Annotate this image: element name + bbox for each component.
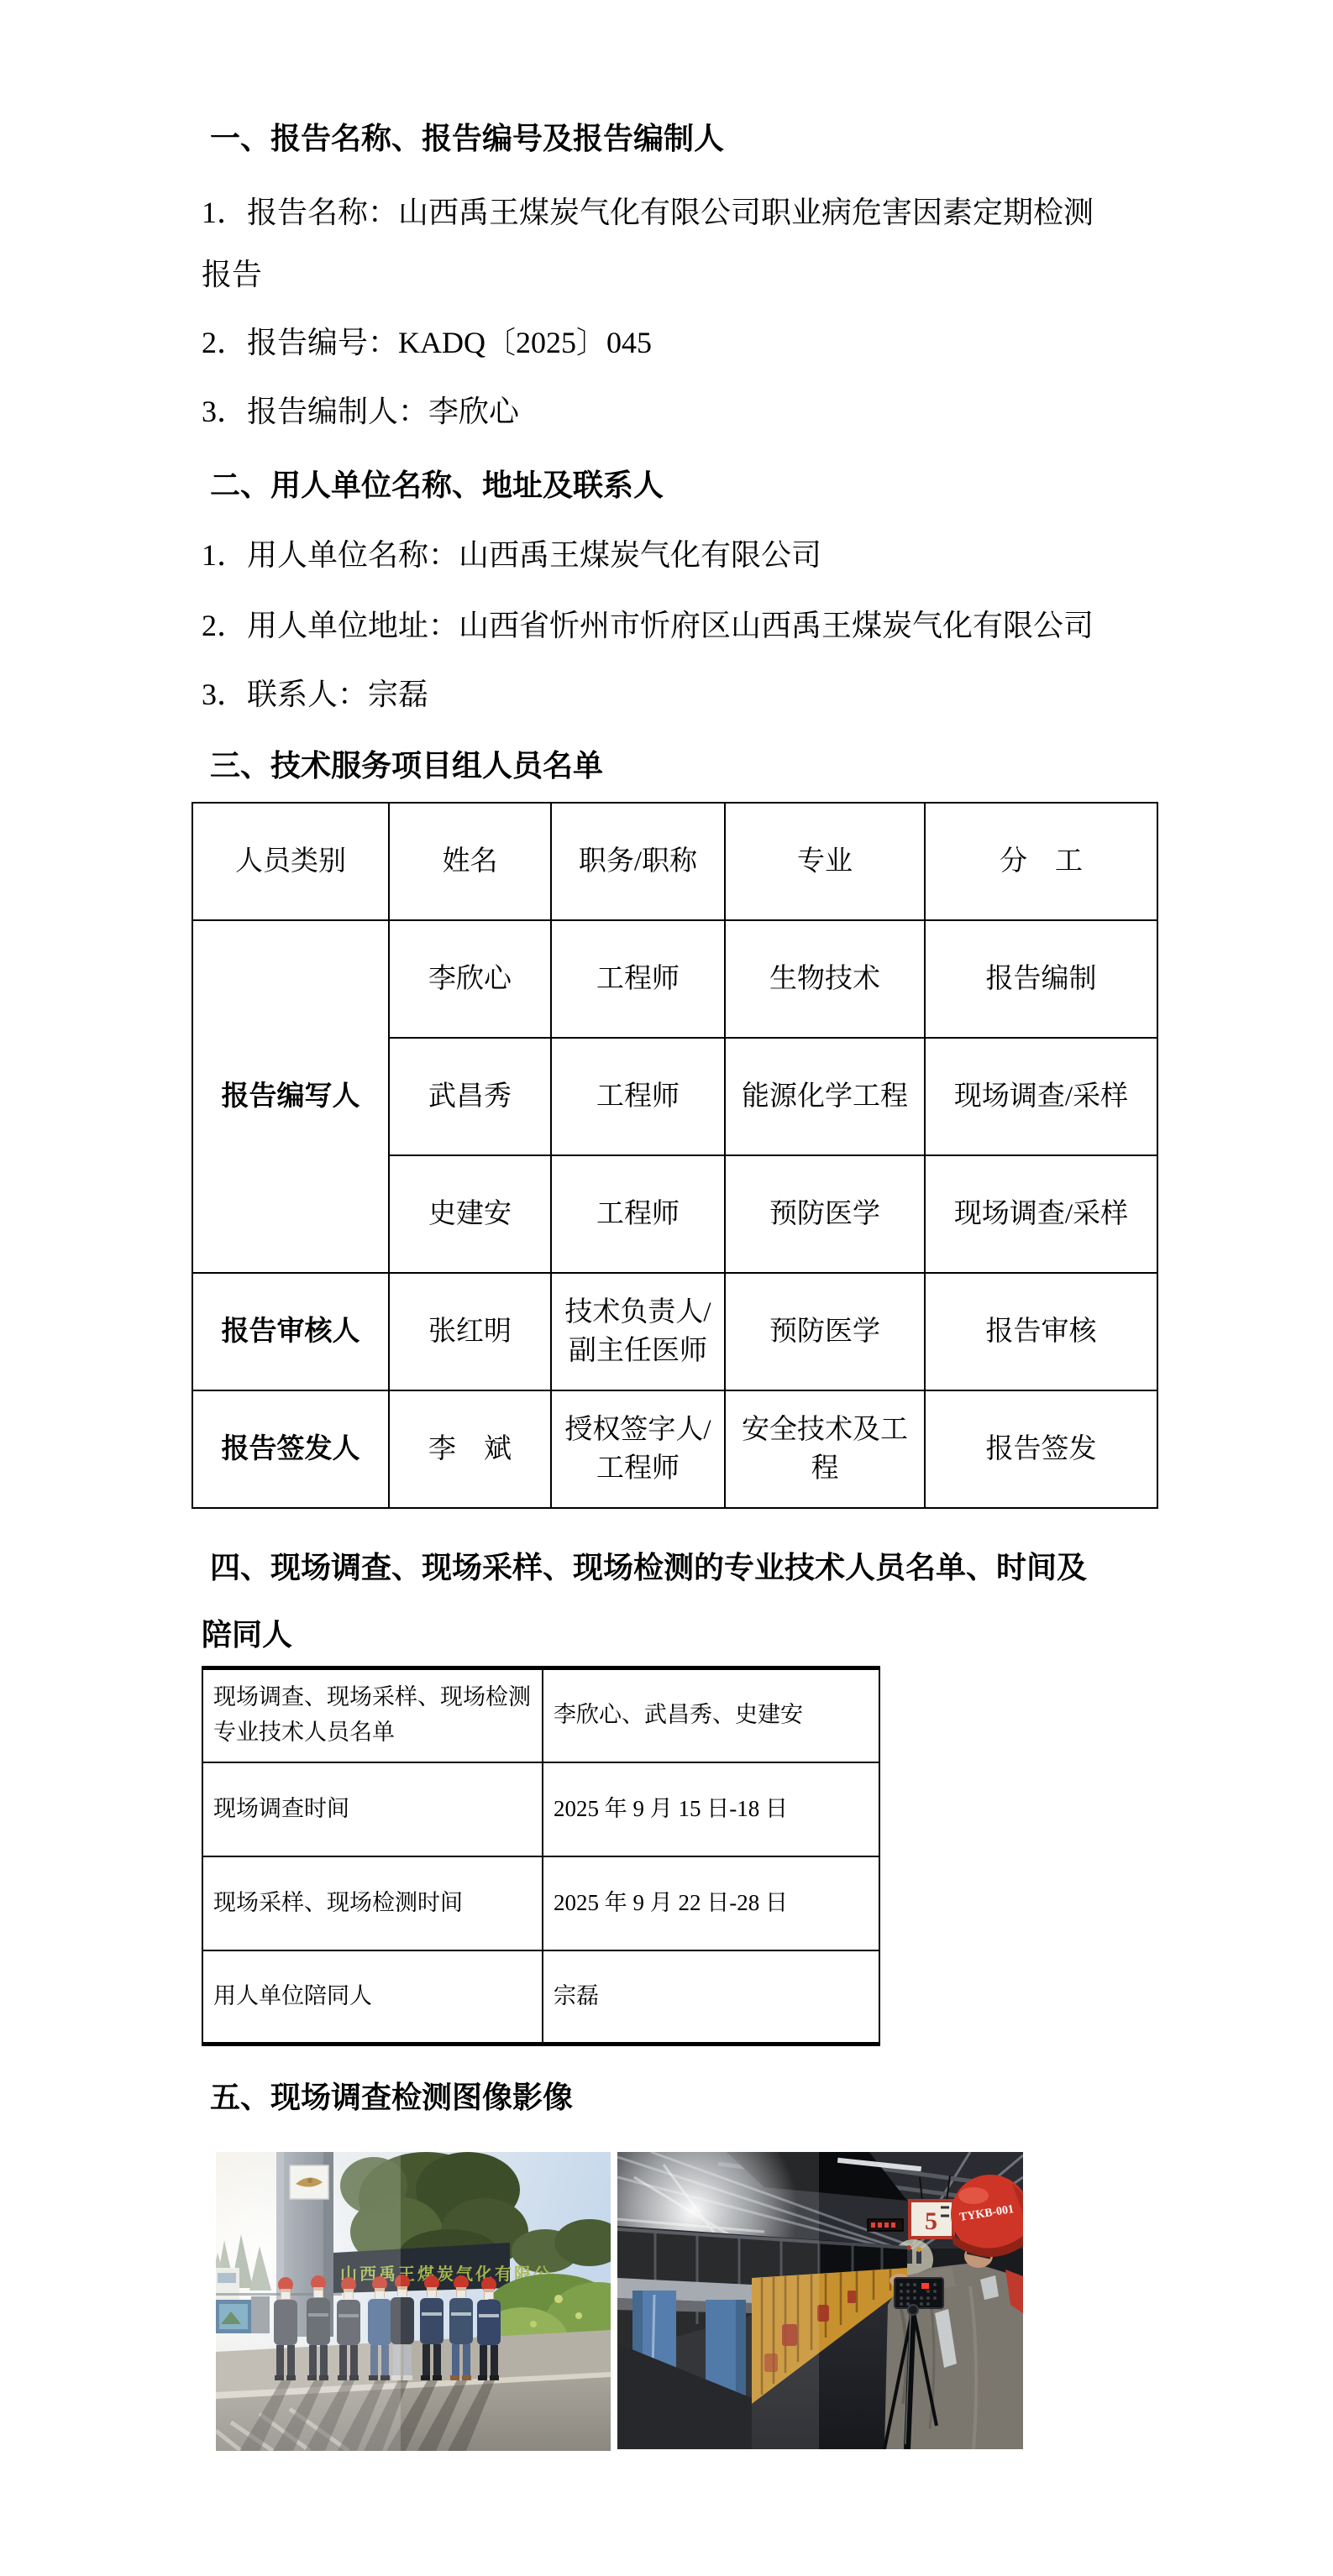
table-row: 报告签发人 李 斌 授权签字人/ 工程师 安全技术及工 程 报告签发 [192, 1390, 1157, 1508]
writer-group-cell: 报告编写人 [192, 920, 389, 1273]
table-cell: 现场调查/采样 [925, 1155, 1157, 1273]
table-cell: 生物技术 [725, 920, 925, 1038]
col-header-major: 专业 [725, 803, 925, 920]
table-cell: 预防医学 [725, 1273, 925, 1390]
site-gate-group-photo: 山西禹王煤炭气化有限公 [216, 2152, 611, 2451]
sign-number-text: 5 [925, 2207, 937, 2235]
col-header-title: 职务/职称 [551, 803, 725, 920]
schedule-label: 现场调查时间 [202, 1762, 543, 1856]
schedule-table: 现场调查、现场采样、现场检测 专业技术人员名单 李欣心、武昌秀、史建安 现场调查… [202, 1666, 880, 2046]
report-author-line: 3．报告编制人：李欣心 [202, 395, 519, 429]
table-cell: 张红明 [389, 1273, 551, 1390]
schedule-value: 2025 年 9 月 15 日-18 日 [543, 1762, 879, 1856]
led-readout [921, 2283, 929, 2289]
table-header-row: 人员类别 姓名 职务/职称 专业 分 工 [192, 803, 1157, 920]
table-row: 用人单位陪同人 宗磊 [202, 1950, 879, 2045]
table-row: 报告审核人 张红明 技术负责人/ 副主任医师 预防医学 报告审核 [192, 1273, 1157, 1390]
section4-heading-line1: 四、现场调查、现场采样、现场检测的专业技术人员名单、时间及 [210, 1551, 1087, 1585]
schedule-label: 现场调查、现场采样、现场检测 专业技术人员名单 [202, 1668, 543, 1762]
table-cell: 报告审核 [925, 1273, 1157, 1390]
dust-sampler-device [895, 2278, 943, 2308]
table-row: 现场采样、现场检测时间 2025 年 9 月 22 日-28 日 [202, 1856, 879, 1950]
col-header-duty: 分 工 [925, 803, 1157, 920]
document-page: 一、报告名称、报告编号及报告编制人 1．报告名称：山西禹王煤炭气化有限公司职业病… [0, 0, 1333, 2576]
schedule-value: 宗磊 [543, 1950, 879, 2045]
section4-heading-line2: 陪同人 [202, 1618, 292, 1652]
project-team-table: 人员类别 姓名 职务/职称 专业 分 工 报告编写人 李欣心 工程师 生物技术 … [192, 802, 1158, 1509]
employer-address-line: 2．用人单位地址：山西省忻州市忻府区山西禹王煤炭气化有限公司 [202, 609, 1094, 643]
table-cell: 工程师 [551, 1038, 725, 1155]
employer-contact-line: 3．联系人：宗磊 [202, 678, 428, 712]
table-cell: 预防医学 [725, 1155, 925, 1273]
schedule-label: 用人单位陪同人 [202, 1950, 543, 2045]
reviewer-group-cell: 报告审核人 [192, 1273, 389, 1390]
employer-name-line: 1．用人单位名称：山西禹王煤炭气化有限公司 [202, 538, 821, 573]
table-row: 现场调查、现场采样、现场检测 专业技术人员名单 李欣心、武昌秀、史建安 [202, 1668, 879, 1762]
issuer-group-cell: 报告签发人 [192, 1390, 389, 1508]
table-cell: 工程师 [551, 920, 725, 1038]
report-name-wrap-line: 报告 [202, 258, 262, 292]
table-cell: 安全技术及工 程 [725, 1390, 925, 1508]
schedule-value: 2025 年 9 月 22 日-28 日 [543, 1856, 879, 1950]
table-cell: 能源化学工程 [725, 1038, 925, 1155]
schedule-label: 现场采样、现场检测时间 [202, 1856, 543, 1950]
col-header-name: 姓名 [389, 803, 551, 920]
table-cell: 授权签字人/ 工程师 [551, 1390, 725, 1508]
table-cell: 报告签发 [925, 1390, 1157, 1508]
haze-overlay [216, 2152, 401, 2451]
table-cell: 工程师 [551, 1155, 725, 1273]
table-cell: 技术负责人/ 副主任医师 [551, 1273, 725, 1390]
report-number-line: 2．报告编号：KADQ〔2025〕045 [202, 326, 652, 360]
section3-heading: 三、技术服务项目组人员名单 [210, 749, 603, 783]
table-cell: 武昌秀 [389, 1038, 551, 1155]
table-row: 现场调查时间 2025 年 9 月 15 日-18 日 [202, 1762, 879, 1856]
table-cell: 现场调查/采样 [925, 1038, 1157, 1155]
col-header-category: 人员类别 [192, 803, 389, 920]
haze-overlay [617, 2152, 819, 2449]
conveyor-detection-photo: 5 TYKB-001 [617, 2152, 1023, 2449]
schedule-value: 李欣心、武昌秀、史建安 [543, 1668, 879, 1762]
table-cell: 史建安 [389, 1155, 551, 1273]
report-name-line: 1．报告名称：山西禹王煤炭气化有限公司职业病危害因素定期检测 [202, 196, 1094, 230]
section2-heading: 二、用人单位名称、地址及联系人 [210, 469, 664, 503]
section1-heading: 一、报告名称、报告编号及报告编制人 [210, 122, 724, 156]
table-row: 报告编写人 李欣心 工程师 生物技术 报告编制 [192, 920, 1157, 1038]
table-cell: 报告编制 [925, 920, 1157, 1038]
table-cell: 李 斌 [389, 1390, 551, 1508]
table-cell: 李欣心 [389, 920, 551, 1038]
section5-heading: 五、现场调查检测图像影像 [210, 2081, 573, 2115]
